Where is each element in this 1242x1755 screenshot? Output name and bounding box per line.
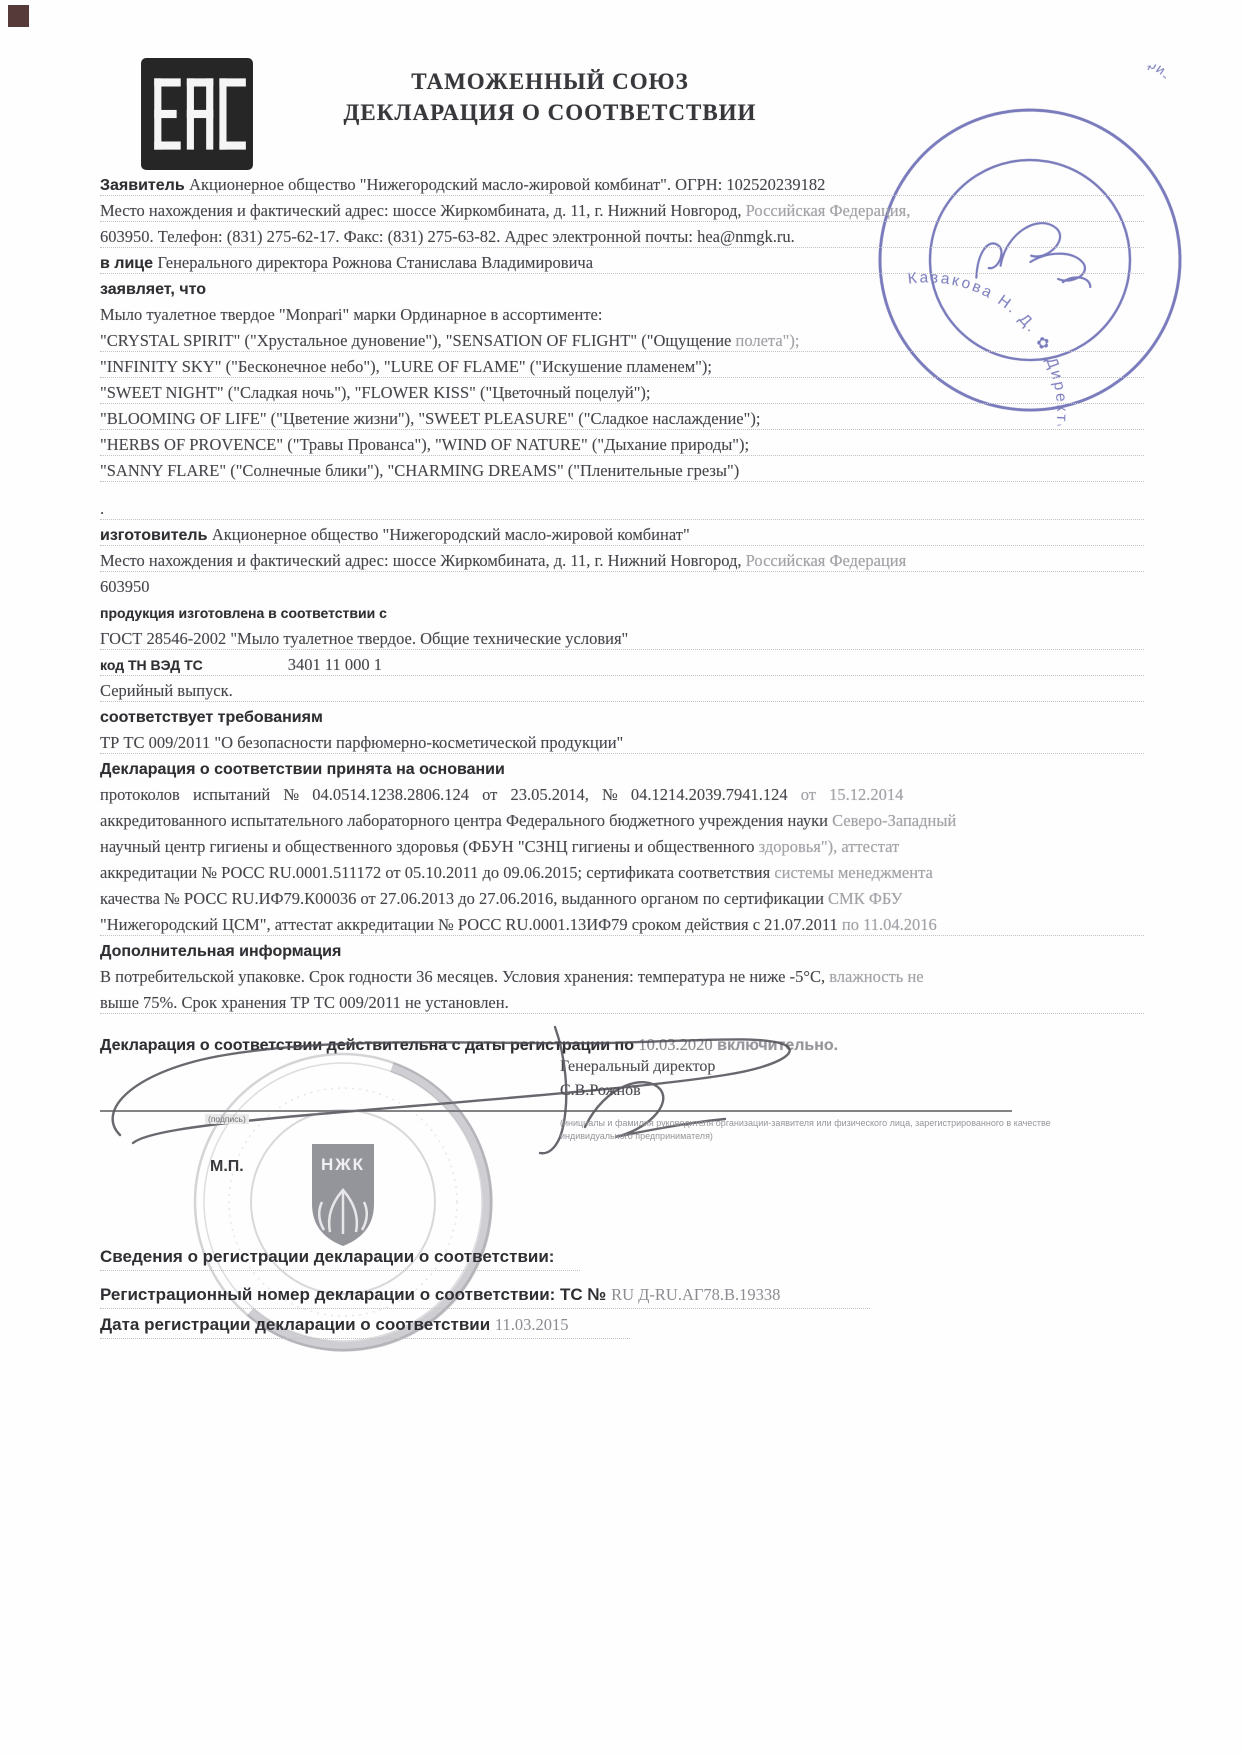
text-segment: от 15.12.2014 [801,785,904,804]
svg-text:для сертификатов: для сертификатов [1090,63,1206,148]
text-segment: по 11.04.2016 [842,915,937,934]
text-segment: Заявитель [100,177,189,194]
stamp-shield: НЖК [312,1144,374,1246]
text-segment: В потребительской упаковке. Срок годност… [100,967,829,986]
line-tr-ts: ТР ТС 009/2011 "О безопасности парфюмерн… [100,730,1148,756]
text-segment: Место нахождения и фактический адрес: шо… [100,551,746,570]
line-csm: "Нижегородский ЦСМ", аттестат аккредитац… [100,912,1148,938]
line-assortment-2: "INFINITY SKY" ("Бесконечное небо"), "LU… [100,354,1148,380]
signatory-name: С.В.Рожнов [560,1079,1140,1103]
title-line-declaration: ДЕКЛАРАЦИЯ О СООТВЕТСТВИИ [150,97,950,128]
document-body: Заявитель Акционерное общество "Нижегоро… [100,172,1148,1058]
text-segment: изготовитель [100,527,212,544]
scan-corner-artifact [8,5,29,27]
line-test-protocols: протоколов испытаний № 04.0514.1238.2806… [100,782,1148,808]
line-declares: заявляет, что [100,276,1148,302]
line-represented-by: в лице Генерального директора Рожнова Ст… [100,250,1148,276]
line-product: Мыло туалетное твердое "Monpari" марки О… [100,302,1148,328]
text-segment: Акционерное общество "Нижегородский масл… [189,175,825,194]
line-tnved-code: код ТН ВЭД ТС3401 11 000 1 [100,652,1148,678]
text-segment: выше 75%. Срок хранения ТР ТС 009/2011 н… [100,993,509,1012]
registration-number: Регистрационный номер декларации о соотв… [100,1282,870,1312]
text-segment: Российская Федерация, [746,201,911,220]
text-segment: системы менеджмента [774,863,933,882]
text-segment: Российская Федерация [746,551,907,570]
line-lab-center-1: аккредитованного испытательного лаборато… [100,808,1148,834]
line-assortment-5: "HERBS OF PROVENCE" ("Травы Прованса"), … [100,432,1148,458]
text-segment: Регистрационный номер декларации о соотв… [100,1285,611,1304]
text-segment: код ТН ВЭД ТС [100,657,203,673]
line-storage-1: В потребительской упаковке. Срок годност… [100,964,1148,990]
line-manufacturer: изготовитель Акционерное общество "Нижег… [100,522,1148,548]
title-line-customs-union: ТАМОЖЕННЫЙ СОЮЗ [150,66,950,97]
registration-block: Сведения о регистрации декларации о соот… [100,1244,870,1342]
line-lab-center-2: научный центр гигиены и общественного зд… [100,834,1148,860]
text-segment: Акционерное общество "Нижегородский масл… [212,525,690,544]
text-segment: 3401 11 000 1 [288,655,382,674]
registration-heading: Сведения о регистрации декларации о соот… [100,1244,580,1274]
text-segment: СМК ФБУ [828,889,902,908]
text-segment: 603950 [100,577,150,596]
text-segment: ТР ТС 009/2011 "О безопасности парфюмерн… [100,733,623,752]
line-assortment-6: "SANNY FLARE" ("Солнечные блики"), "CHAR… [100,458,1148,484]
text-segment: продукция изготовлена в соответствии с [100,605,387,621]
line-accreditation: аккредитации № РОСС RU.0001.511172 от 05… [100,860,1148,886]
line-postcode: 603950 [100,574,1148,600]
line-serial-production: Серийный выпуск. [100,678,1148,704]
text-segment: "HERBS OF PROVENCE" ("Травы Прованса"), … [100,435,749,454]
line-quality-cert: качества № РОСС RU.ИФ79.К00036 от 27.06.… [100,886,1148,912]
line-declaration-basis: Декларация о соответствии принята на осн… [100,756,1148,782]
text-segment: "INFINITY SKY" ("Бесконечное небо"), "LU… [100,357,712,376]
text-segment: . [100,499,104,518]
line-storage-2: выше 75%. Срок хранения ТР ТС 009/2011 н… [100,990,1148,1016]
declaration-document-page: ТАМОЖЕННЫЙ СОЮЗ ДЕКЛАРАЦИЯ О СООТВЕТСТВИ… [0,0,1242,1755]
line-gost: ГОСТ 28546-2002 "Мыло туалетное твердое.… [100,626,1148,652]
text-segment: Дата регистрации декларации о соответств… [100,1315,495,1334]
text-segment: ГОСТ 28546-2002 "Мыло туалетное твердое.… [100,629,628,648]
text-segment: Генерального директора Рожнова Станислав… [157,253,593,272]
line-assortment-4: "BLOOMING OF LIFE" ("Цветение жизни"), "… [100,406,1148,432]
text-segment: "SANNY FLARE" ("Солнечные блики"), "CHAR… [100,461,739,480]
line-applicant-address: Место нахождения и фактический адрес: шо… [100,198,1148,224]
line-meets-requirements: соответствует требованиям [100,704,1148,730]
text-segment: "SWEET NIGHT" ("Сладкая ночь"), "FLOWER … [100,383,651,402]
text-segment: Серийный выпуск. [100,681,233,700]
stamp-inner-top-text: для сертификатов [1090,63,1206,148]
text-segment: "CRYSTAL SPIRIT" ("Хрустальное дуновение… [100,331,735,350]
text-segment: Мыло туалетное твердое "Monpari" марки О… [100,305,602,324]
text-segment: Декларация о соответствии принята на осн… [100,761,505,778]
text-segment: RU Д-RU.АГ78.В.19338 [611,1285,780,1304]
text-segment: заявляет, что [100,281,206,298]
text-segment: соответствует требованиям [100,709,323,726]
line-assortment-3: "SWEET NIGHT" ("Сладкая ночь"), "FLOWER … [100,380,1148,406]
text-segment: аккредитованного испытательного лаборато… [100,811,832,830]
line-stray-period: . [100,496,1148,522]
text-segment: Место нахождения и фактический адрес: шо… [100,201,746,220]
text-segment: полета"); [735,331,799,350]
text-segment: аккредитации № РОСС RU.0001.511172 от 05… [100,863,774,882]
signatory-role: Генеральный директор [560,1055,1140,1079]
footnote-line-1: (инициалы и фамилия руководителя организ… [560,1117,1120,1130]
text-segment: Сведения о регистрации декларации о соот… [100,1247,554,1266]
text-segment: 11.03.2015 [495,1315,569,1334]
text-segment: научный центр гигиены и общественного зд… [100,837,759,856]
text-segment: протоколов испытаний № 04.0514.1238.2806… [100,785,801,804]
text-segment: "BLOOMING OF LIFE" ("Цветение жизни"), "… [100,409,760,428]
line-additional-info: Дополнительная информация [100,938,1148,964]
line-manufacturer-address: Место нахождения и фактический адрес: шо… [100,548,1148,574]
footnote-line-2: индивидуального предпринимателя) [560,1130,1120,1143]
signatory-footnote: (инициалы и фамилия руководителя организ… [560,1117,1120,1143]
text-segment: Дополнительная информация [100,943,341,960]
stamp-monogram: НЖК [321,1155,365,1174]
text-segment: 603950. Телефон: (831) 275-62-17. Факс: … [100,227,795,246]
text-segment: влажность не [829,967,923,986]
text-segment: здоровья"), аттестат [759,837,900,856]
text-segment: Северо-Западный [832,811,956,830]
line-applicant: Заявитель Акционерное общество "Нижегоро… [100,172,1148,198]
text-segment: "Нижегородский ЦСМ", аттестат аккредитац… [100,915,842,934]
document-title: ТАМОЖЕННЫЙ СОЮЗ ДЕКЛАРАЦИЯ О СООТВЕТСТВИ… [150,66,950,128]
line-applicant-contacts: 603950. Телефон: (831) 275-62-17. Факс: … [100,224,1148,250]
line-made-according: продукция изготовлена в соответствии с [100,600,1148,626]
line-assortment-1: "CRYSTAL SPIRIT" ("Хрустальное дуновение… [100,328,1148,354]
registration-date: Дата регистрации декларации о соответств… [100,1312,630,1342]
text-segment: качества № РОСС RU.ИФ79.К00036 от 27.06.… [100,889,828,908]
text-segment: в лице [100,255,157,272]
signatory-block: Генеральный директор С.В.Рожнов [560,1055,1140,1103]
